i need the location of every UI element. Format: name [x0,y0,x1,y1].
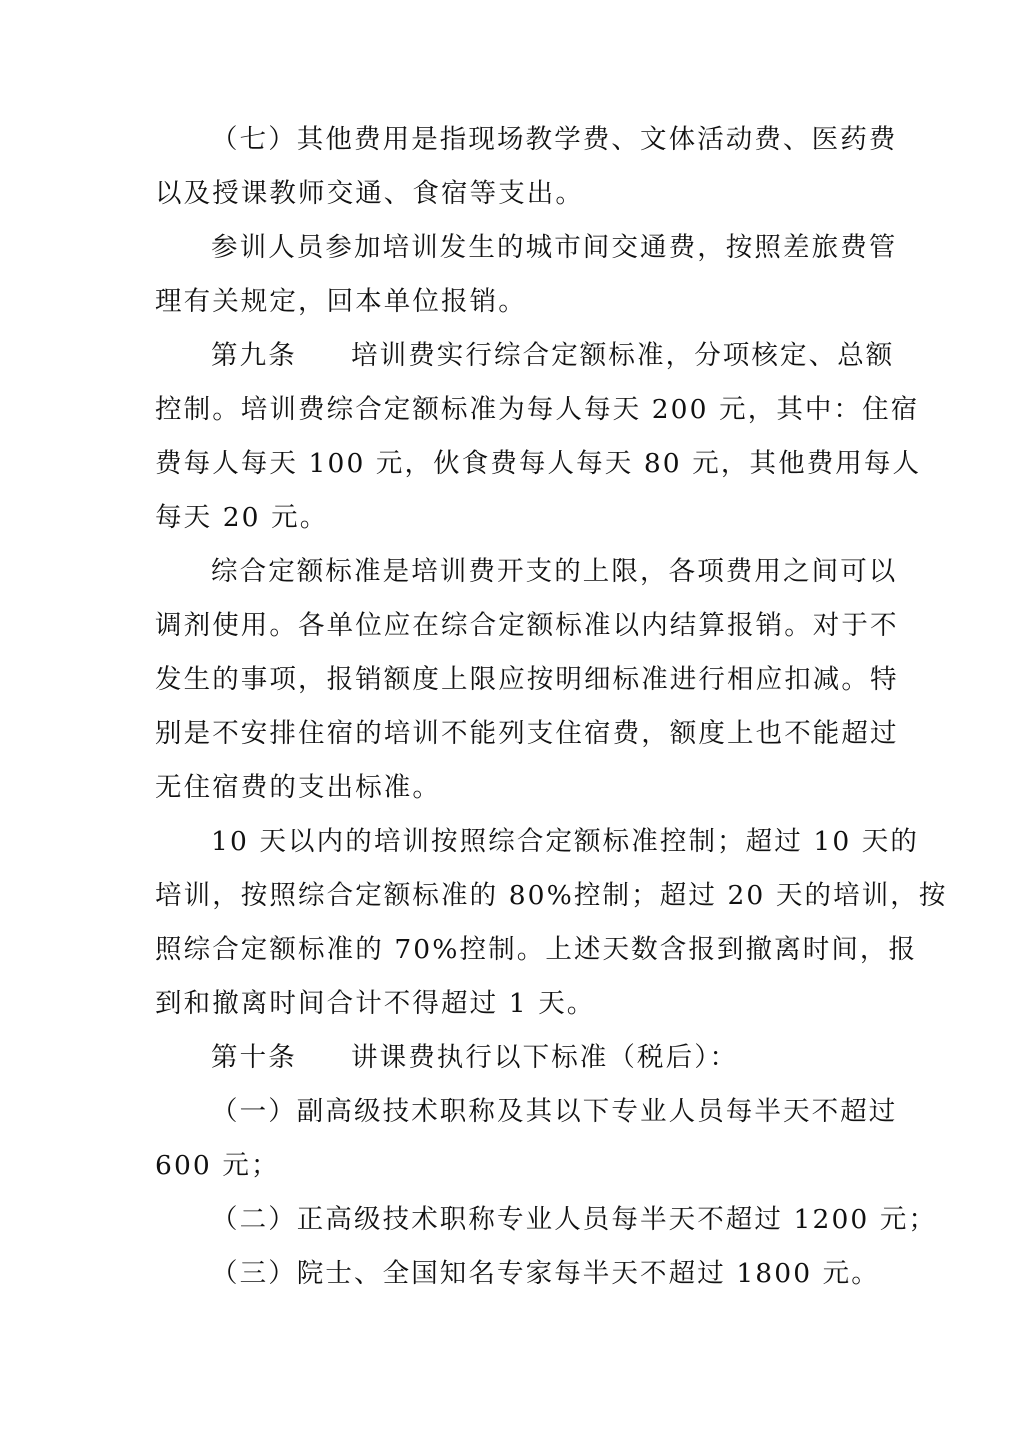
article-heading: 第十条 [211,1031,351,1085]
text-line: 每天 20 元。 [155,491,869,545]
text-line: 理有关规定，回本单位报销。 [155,275,869,329]
text-run: 培训费实行综合定额标准，分项核定、总额 [351,340,894,371]
paragraph-fee-1: （一）副高级技术职称及其以下专业人员每半天不超过 600 元； [155,1085,869,1193]
text-line: 第十条讲课费执行以下标准（税后）： [155,1031,869,1085]
text-line: 发生的事项，报销额度上限应按明细标准进行相应扣减。特 [155,653,869,707]
text-line: 第九条培训费实行综合定额标准，分项核定、总额 [155,329,869,383]
paragraph-item-7: （七）其他费用是指现场教学费、文体活动费、医药费 以及授课教师交通、食宿等支出。 [155,113,869,221]
text-line: 到和撤离时间合计不得超过 1 天。 [155,977,869,1031]
text-line: 别是不安排住宿的培训不能列支住宿费，额度上也不能超过 [155,707,869,761]
text-line: 控制。培训费综合定额标准为每人每天 200 元，其中：住宿 [155,383,869,437]
paragraph-article-10: 第十条讲课费执行以下标准（税后）： [155,1031,869,1085]
text-line: 无住宿费的支出标准。 [155,761,869,815]
text-line: （七）其他费用是指现场教学费、文体活动费、医药费 [155,113,869,167]
text-line: 费每人每天 100 元，伙食费每人每天 80 元，其他费用每人 [155,437,869,491]
text-run: 讲课费执行以下标准（税后）： [351,1042,738,1073]
text-line: 综合定额标准是培训费开支的上限，各项费用之间可以 [155,545,869,599]
text-line: （三）院士、全国知名专家每半天不超过 1800 元。 [155,1247,869,1301]
paragraph-intercity-transport: 参训人员参加培训发生的城市间交通费，按照差旅费管 理有关规定，回本单位报销。 [155,221,869,329]
text-line: 培训，按照综合定额标准的 80%控制；超过 20 天的培训，按 [155,869,869,923]
text-line: 10 天以内的培训按照综合定额标准控制；超过 10 天的 [155,815,869,869]
text-line: 以及授课教师交通、食宿等支出。 [155,167,869,221]
paragraph-quota-upper-limit: 综合定额标准是培训费开支的上限，各项费用之间可以 调剂使用。各单位应在综合定额标… [155,545,869,815]
paragraph-fee-2: （二）正高级技术职称专业人员每半天不超过 1200 元； [155,1193,869,1247]
document-page: （七）其他费用是指现场教学费、文体活动费、医药费 以及授课教师交通、食宿等支出。… [155,113,869,1301]
text-line: 调剂使用。各单位应在综合定额标准以内结算报销。对于不 [155,599,869,653]
paragraph-duration-control: 10 天以内的培训按照综合定额标准控制；超过 10 天的 培训，按照综合定额标准… [155,815,869,1031]
paragraph-fee-3: （三）院士、全国知名专家每半天不超过 1800 元。 [155,1247,869,1301]
text-line: 照综合定额标准的 70%控制。上述天数含报到撤离时间，报 [155,923,869,977]
text-line: 600 元； [155,1139,869,1193]
text-line: （一）副高级技术职称及其以下专业人员每半天不超过 [155,1085,869,1139]
paragraph-article-9: 第九条培训费实行综合定额标准，分项核定、总额 控制。培训费综合定额标准为每人每天… [155,329,869,545]
text-line: （二）正高级技术职称专业人员每半天不超过 1200 元； [155,1193,869,1247]
article-heading: 第九条 [211,329,351,383]
text-line: 参训人员参加培训发生的城市间交通费，按照差旅费管 [155,221,869,275]
